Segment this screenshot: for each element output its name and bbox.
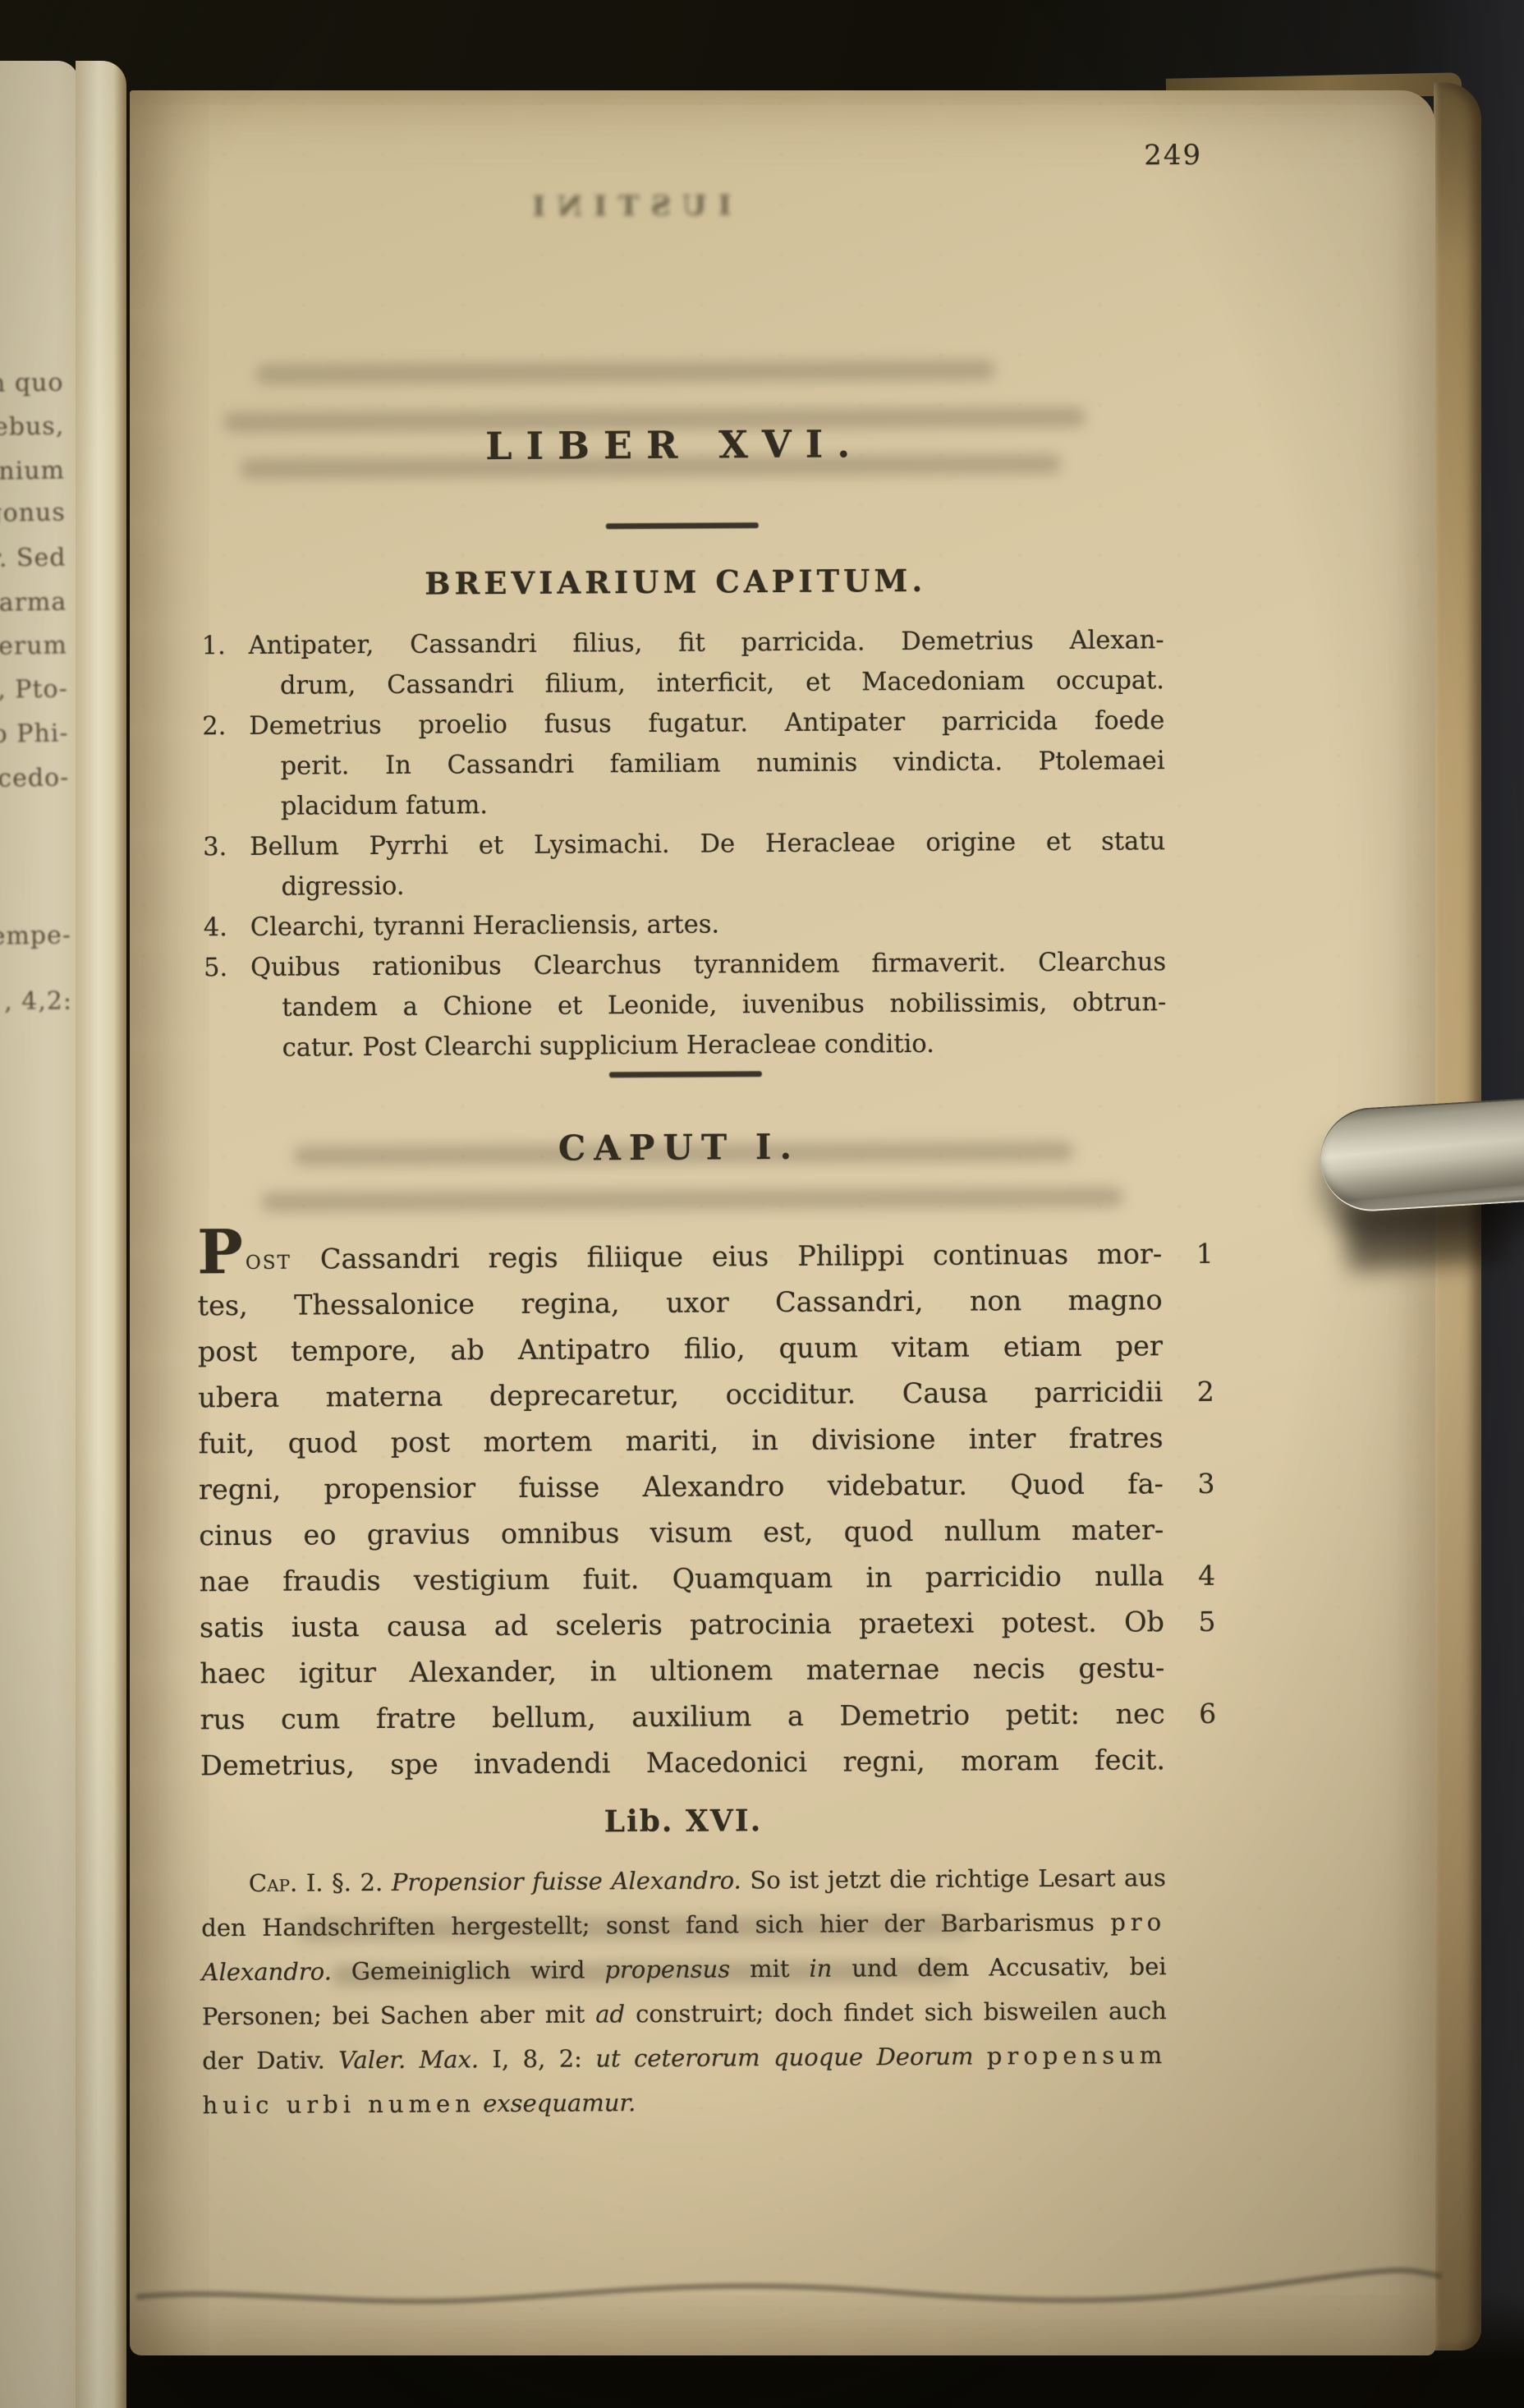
margin-number: 2: [1184, 1369, 1227, 1415]
footnote-segment: [475, 2089, 483, 2117]
bleedthrough-smudge: [256, 360, 995, 384]
footnote-segment: in: [809, 1955, 832, 1983]
footnote: Cap. I. §. 2. Propensior fuisse Alexandr…: [201, 1855, 1168, 2127]
breviarium-line: drum, Cassandri filium, interficit, et M…: [202, 660, 1164, 706]
breviarium-line-text: tandem a Chione et Leonide, iuvenibus no…: [282, 988, 1166, 1022]
margin-number: 6: [1186, 1691, 1228, 1737]
breviarium-line-text: Demetrius proelio fusus fugatur. Antipat…: [249, 706, 1164, 741]
paragraph-line-text: haec igitur Alexander, in ultionem mater…: [200, 1652, 1164, 1689]
footnote-segment: Gemeiniglich wird: [332, 1955, 605, 1985]
opposite-page-text-fragment: omnium: [0, 456, 65, 486]
paragraph-line-text: Demetrius, spe invadendi Macedonici regn…: [200, 1744, 1165, 1781]
opposite-page-text-fragment: sos arma: [0, 587, 67, 618]
breviarium-line-text: catur. Post Clearchi supplicium Heraclea…: [282, 1030, 934, 1063]
breviarium-line-text: Antipater, Cassandri filius, fit parrici…: [249, 626, 1164, 660]
dropcap: P: [197, 1217, 246, 1288]
footnote-segment: Valer. Max.: [338, 2045, 479, 2074]
paragraph-line: post tempore, ab Antipatro filio, quum v…: [198, 1323, 1163, 1375]
margin-number: 3: [1185, 1461, 1228, 1507]
book-page: IUSTINI 249 LIBER XVI.: [130, 90, 1435, 2355]
breviarium-line: 2.Demetrius proelio fusus fugatur. Antip…: [202, 701, 1164, 747]
page-content: IUSTINI 249 LIBER XVI.: [123, 86, 1443, 2360]
paragraph-line: Post Cassandri regis filiique eius Phili…: [197, 1231, 1162, 1283]
breviarium-line: tandem a Chione et Leonide, iuvenibus no…: [204, 982, 1166, 1028]
paragraph-line: haec igitur Alexander, in ultionem mater…: [200, 1645, 1164, 1697]
breviarium-line: 5.Quibus rationibus Clearchus tyrannidem…: [204, 942, 1166, 988]
footnote-segment: I. §. 2.: [297, 1868, 392, 1897]
paragraph-line: tes, Thessalonice regina, uxor Cassandri…: [197, 1277, 1162, 1329]
breviarium-line: 1.Antipater, Cassandri filius, fit parri…: [202, 620, 1164, 666]
paragraph-line-text: nae fraudis vestigium fuit. Quamquam in …: [200, 1560, 1164, 1597]
opposite-page-text-fragment: cum quo: [0, 368, 64, 398]
paper-knife: [1318, 1097, 1524, 1214]
caput-paragraph-lines: tes, Thessalonice regina, uxor Cassandri…: [197, 1277, 1165, 1789]
breviarium-line-text: Clearchi, tyranni Heracliensis, artes.: [250, 910, 720, 941]
caput-heading: CAPUT I.: [196, 1124, 1161, 1170]
section-rule: [606, 522, 759, 529]
breviarium-line: 3.Bellum Pyrrhi et Lysimachi. De Heracle…: [203, 821, 1165, 867]
margin-number: 4: [1185, 1553, 1228, 1599]
paragraph-line: rus cum fratre bellum, auxilium a Demetr…: [200, 1691, 1165, 1743]
paragraph-line-text: fuit, quod post mortem mariti, in divisi…: [199, 1422, 1164, 1459]
smallcaps-word: ost: [246, 1243, 291, 1275]
breviarium-item-number: 5.: [204, 948, 250, 988]
paragraph-line-text: satis iusta causa ad sceleris patrocinia…: [200, 1606, 1164, 1643]
breviarium-line-text: Quibus rationibus Clearchus tyrannidem f…: [250, 948, 1166, 982]
bleedthrough-smudges: [123, 86, 1429, 94]
breviarium-line: perit. In Cassandri familiam numinis vin…: [202, 741, 1164, 787]
opposite-page-text-fragment: ntigonus: [0, 498, 66, 528]
bleedthrough-smudge: [261, 1187, 1123, 1211]
breviarium-item-number: 4.: [204, 908, 250, 948]
breviarium-item-number: 1.: [202, 626, 249, 666]
bleedthrough-masthead: IUSTINI: [503, 189, 749, 223]
breviarium-line: 4.Clearchi, tyranni Heracliensis, artes.: [204, 902, 1166, 948]
footnote-segment: Alexandro.: [201, 1957, 332, 1986]
opposite-page-text-fragment: Macedo-: [0, 763, 69, 793]
opposite-page-text-fragment: ur. Sed: [0, 543, 67, 573]
opposite-page-edge: cum quo te rebus, omnium ntigonus ur. Se…: [0, 61, 79, 2408]
paragraph-line-text: cinus eo gravius omnibus visum est, quod…: [199, 1514, 1164, 1551]
book-photograph: cum quo te rebus, omnium ntigonus ur. Se…: [0, 0, 1524, 2408]
section-rule: [609, 1071, 762, 1078]
footnote-segment: [973, 2042, 987, 2070]
breviarium-heading: BREVIARIUM CAPITUM.: [193, 561, 1158, 603]
opposite-page-text-fragment: XX , 4,2:: [0, 986, 72, 1017]
footnote-heading: Lib. XVI.: [200, 1801, 1165, 1841]
paragraph-line-text: Cassandri regis filiique eius Philippi c…: [320, 1238, 1163, 1275]
paragraph-line-text: tes, Thessalonice regina, uxor Cassandri…: [197, 1284, 1162, 1321]
paragraph-line: fuit, quod post mortem mariti, in divisi…: [198, 1415, 1163, 1467]
footnote-segment: Propensior fuisse Alexandro.: [392, 1866, 741, 1896]
margin-number: 5: [1186, 1599, 1228, 1645]
breviarium-line-text: perit. In Cassandri familiam numinis vin…: [280, 747, 1164, 781]
footnote-segment: mit: [730, 1955, 809, 1983]
paragraph-line: nae fraudis vestigium fuit. Quamquam in …: [199, 1553, 1164, 1605]
footnote-segment: ut ceterorum quoque Deorum: [595, 2043, 973, 2073]
breviarium-line-text: Bellum Pyrrhi et Lysimachi. De Heracleae…: [250, 827, 1165, 862]
opposite-page-text-fragment: te rebus,: [0, 411, 65, 442]
breviarium-item-number: 2.: [202, 706, 249, 747]
caput-paragraph: Post Cassandri regis filiique eius Phili…: [197, 1231, 1165, 1789]
margin-number: 1: [1183, 1231, 1226, 1277]
paragraph-line-text: post tempore, ab Antipatro filio, quum v…: [198, 1330, 1163, 1367]
breviarium-list: 1.Antipater, Cassandri filius, fit parri…: [202, 620, 1167, 1068]
paragraph-line-text: regni, propensior fuisse Alexandro videb…: [199, 1468, 1164, 1505]
breviarium-item-number: 3.: [203, 827, 250, 867]
footnote-segment: pro: [1110, 1908, 1166, 1936]
footnote-segment: propensus: [604, 1955, 730, 1983]
breviarium-line-text: drum, Cassandri filium, interficit, et M…: [280, 666, 1164, 701]
breviarium-line-text: placidum fatum.: [281, 791, 488, 821]
breviarium-line: placidum fatum.: [203, 781, 1165, 827]
breviarium-line: digressio.: [203, 862, 1165, 908]
paragraph-line: regni, propensior fuisse Alexandro videb…: [199, 1461, 1164, 1513]
opposite-page-text-fragment: tempe-: [0, 921, 71, 951]
paragraph-line: satis iusta causa ad sceleris patrocinia…: [200, 1599, 1164, 1651]
footnote-segment: exsequamur.: [483, 2089, 636, 2117]
footnote-segment: Cap.: [249, 1869, 298, 1897]
breviarium-line: catur. Post Clearchi supplicium Heraclea…: [204, 1022, 1167, 1068]
paragraph-line: Demetrius, spe invadendi Macedonici regn…: [200, 1737, 1165, 1789]
breviarium-line-text: digressio.: [281, 872, 404, 902]
page-number: 249: [1144, 139, 1202, 172]
footnote-segment: ad: [595, 2000, 625, 2028]
opposite-page-text-fragment: , iterum: [0, 631, 67, 661]
opposite-page-text-fragment: rio, Pto-: [0, 674, 68, 705]
paragraph-line-text: rus cum fratre bellum, auxilium a Demetr…: [200, 1698, 1165, 1735]
crease-line: [136, 2251, 1442, 2325]
footnote-segment: I, 8, 2:: [479, 2044, 595, 2073]
paragraph-line: ubera materna deprecaretur, occiditur. C…: [198, 1369, 1163, 1421]
paragraph-line: cinus eo gravius omnibus visum est, quod…: [199, 1507, 1164, 1559]
opposite-page-text-fragment: cto Phi-: [0, 719, 69, 749]
paragraph-line-text: ubera materna deprecaretur, occiditur. C…: [198, 1376, 1163, 1413]
opposite-page-curl: [76, 61, 126, 2408]
liber-heading: LIBER XVI.: [192, 420, 1157, 470]
